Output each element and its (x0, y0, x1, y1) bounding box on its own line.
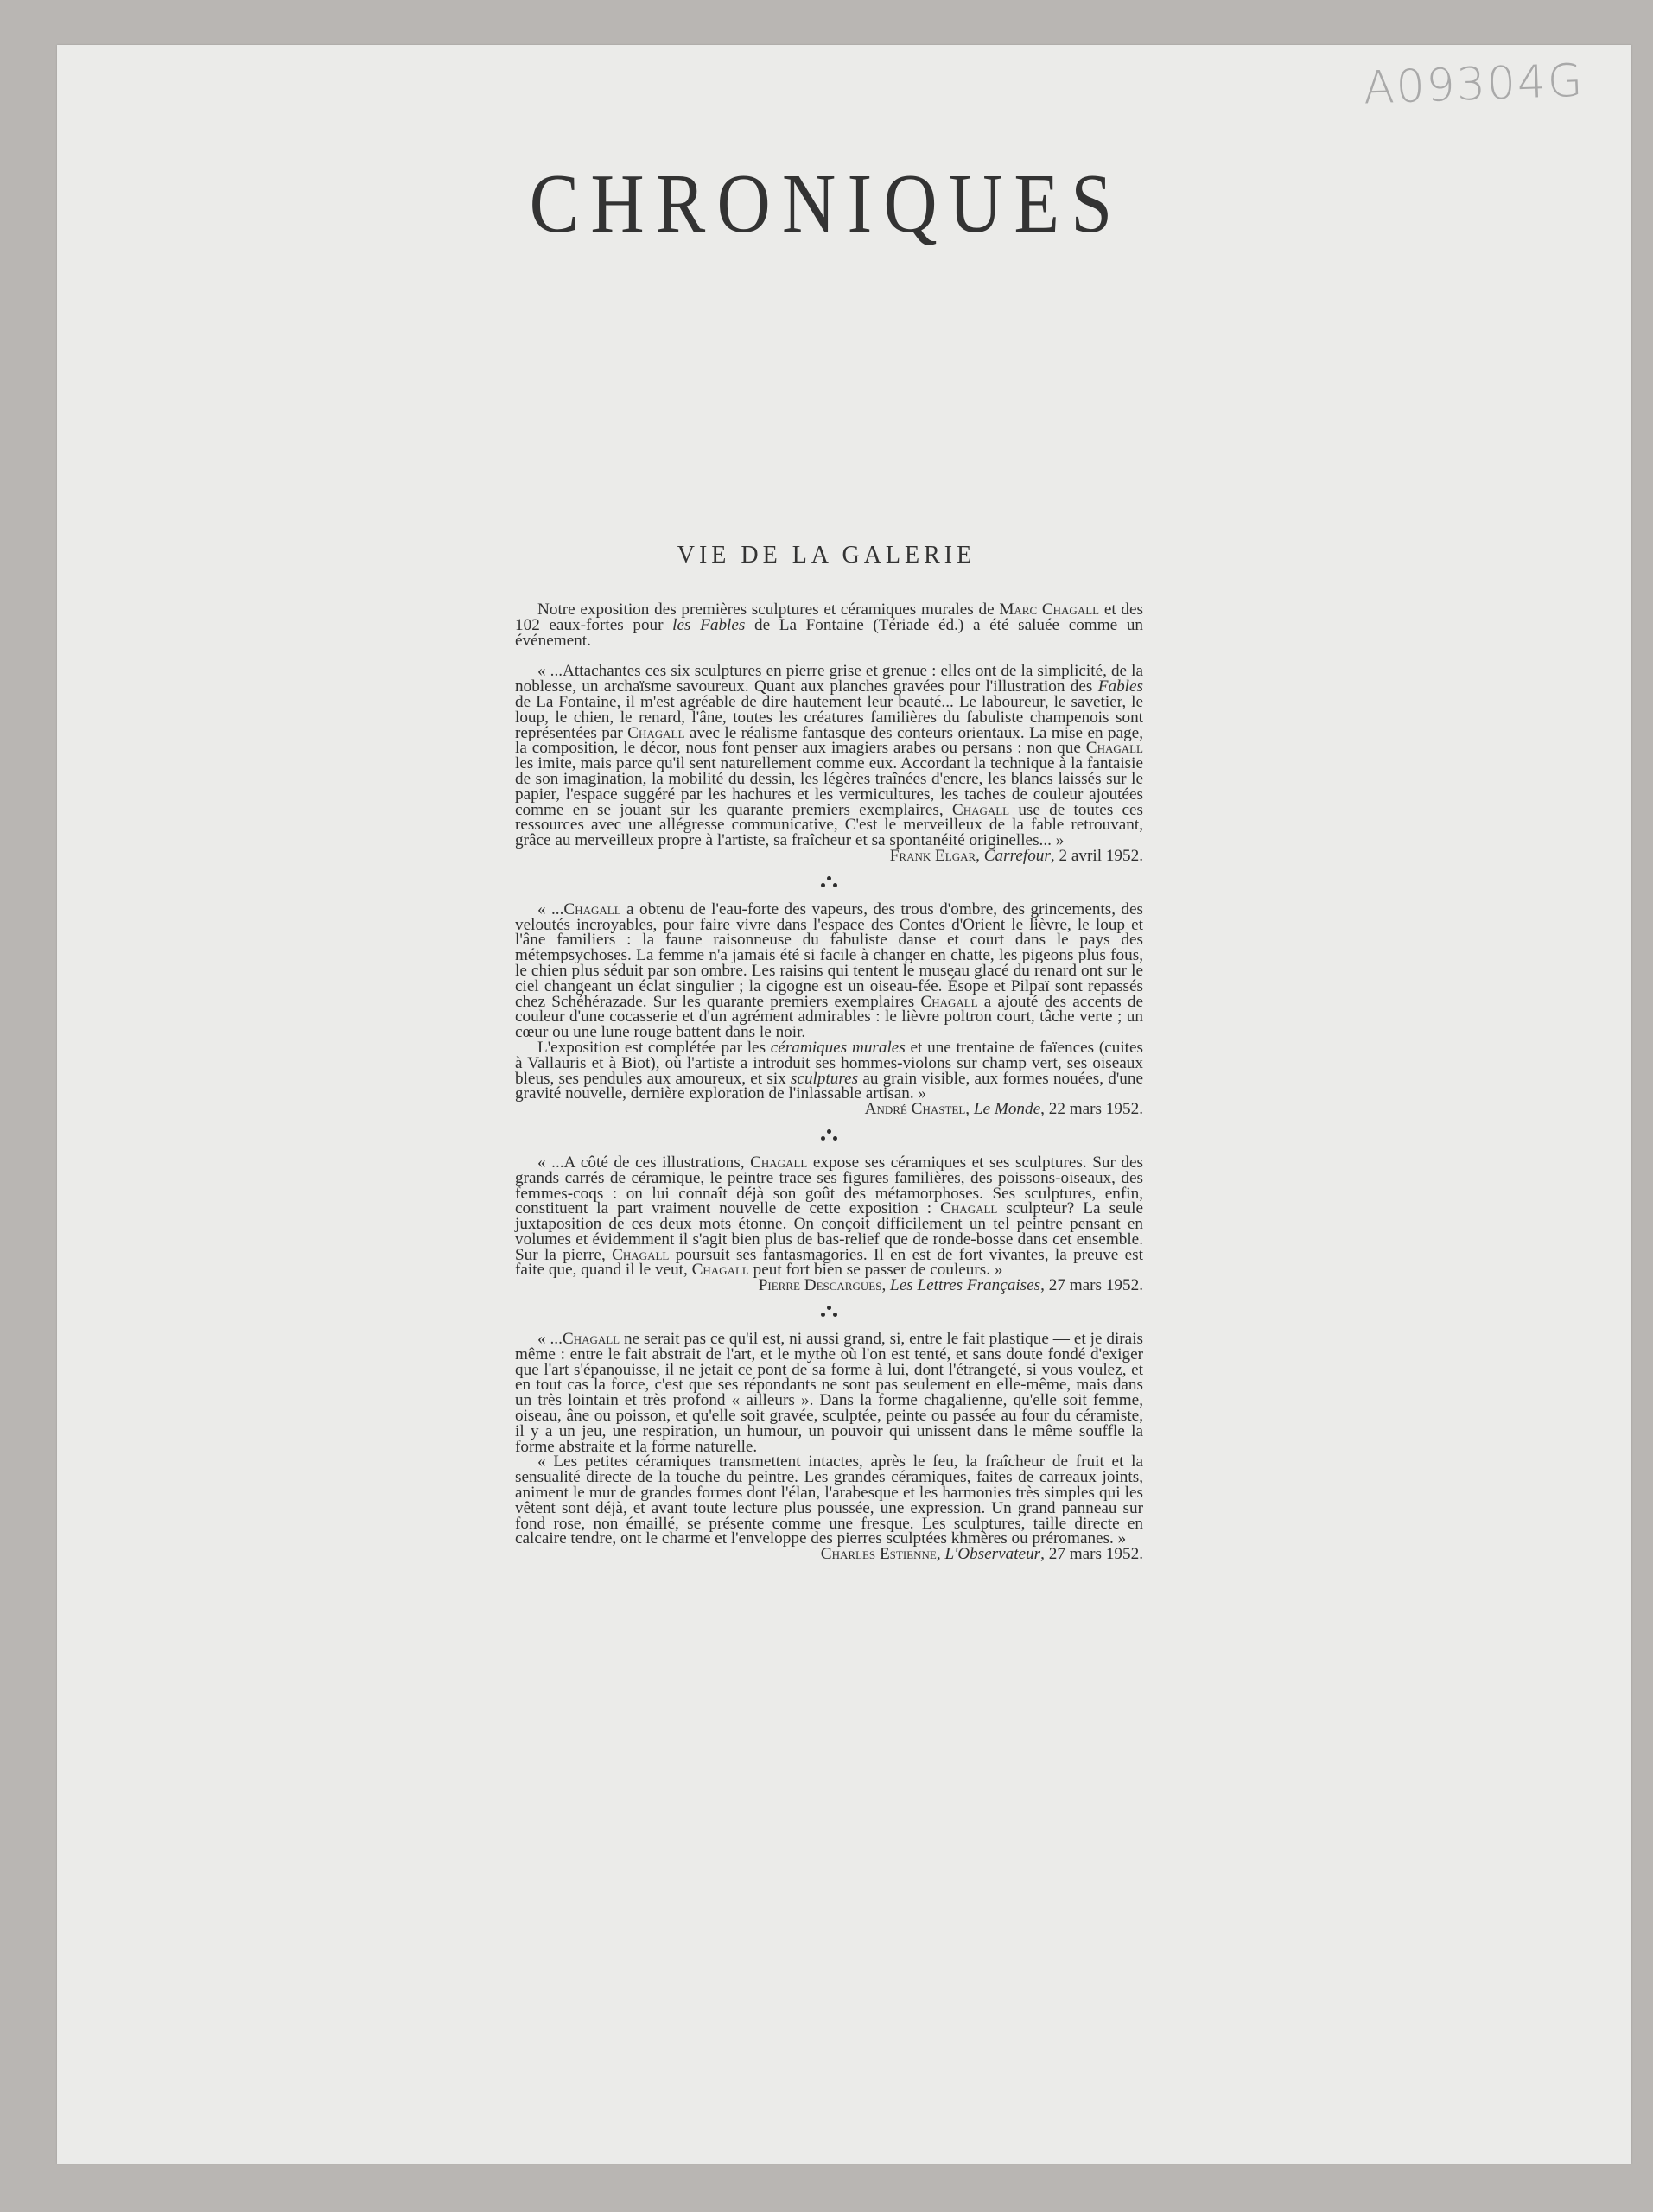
critic-name: Pierre Descargues (759, 1276, 882, 1294)
asterism-icon (515, 1294, 1143, 1332)
review-quote: « ...Chagall a obtenu de l'eau-forte des… (515, 902, 1143, 1117)
reviews-list: « ...Attachantes ces six sculptures en p… (515, 664, 1143, 1562)
quote-paragraph: L'exposition est complétée par les céram… (515, 1040, 1143, 1102)
article-column: Notre exposition des premières sculpture… (515, 602, 1143, 1562)
asterism-icon (515, 864, 1143, 902)
review-date: 27 mars 1952. (1049, 1276, 1143, 1294)
intro-paragraph: Notre exposition des premières sculpture… (515, 602, 1143, 648)
critic-name: Frank Elgar (890, 847, 976, 865)
review-quote: « ...Chagall ne serait pas ce qu'il est,… (515, 1332, 1143, 1562)
work-title: les Fables (672, 616, 745, 634)
publication-name: L'Observateur (944, 1545, 1040, 1563)
review-quote: « ...Attachantes ces six sculptures en p… (515, 664, 1143, 863)
review-attribution: Charles Estienne, L'Observateur, 27 mars… (515, 1547, 1143, 1562)
review-attribution: Pierre Descargues, Les Lettres Française… (515, 1278, 1143, 1294)
asterism-icon (515, 1117, 1143, 1155)
critic-name: André Chastel (865, 1100, 966, 1118)
review-attribution: André Chastel, Le Monde, 22 mars 1952. (515, 1102, 1143, 1117)
publication-name: Carrefour (984, 847, 1051, 865)
quote-paragraph: « ...Chagall a obtenu de l'eau-forte des… (515, 902, 1143, 1040)
quote-paragraph: « ...Chagall ne serait pas ce qu'il est,… (515, 1332, 1143, 1454)
review-quote: « ...A côté de ces illustrations, Chagal… (515, 1155, 1143, 1294)
review-date: 22 mars 1952. (1049, 1100, 1143, 1118)
quote-paragraph: « ...A côté de ces illustrations, Chagal… (515, 1155, 1143, 1278)
publication-name: Les Lettres Françaises (890, 1276, 1040, 1294)
critic-name: Charles Estienne (821, 1545, 937, 1563)
review-attribution: Frank Elgar, Carrefour, 2 avril 1952. (515, 849, 1143, 864)
page-title: CHRONIQUES (99, 156, 1554, 252)
archive-mark: A09304G (1363, 55, 1585, 115)
quote-paragraph: « ...Attachantes ces six sculptures en p… (515, 664, 1143, 849)
quote-paragraph: « Les petites céramiques transmettent in… (515, 1454, 1143, 1547)
section-heading: VIE DE LA GALERIE (0, 542, 1653, 569)
publication-name: Le Monde (974, 1100, 1040, 1118)
review-date: 27 mars 1952. (1049, 1545, 1143, 1563)
review-date: 2 avril 1952. (1059, 847, 1143, 865)
